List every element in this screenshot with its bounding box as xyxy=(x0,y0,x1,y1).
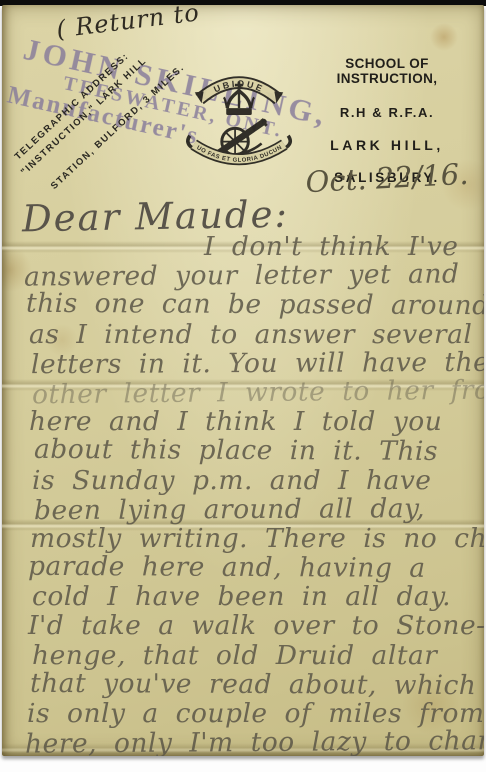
letterhead-school: SCHOOL OF INSTRUCTION, xyxy=(295,56,479,86)
letter-paper: ( Return to JOHN SKILLING, TEESWATER, ON… xyxy=(2,5,484,756)
letter-line: cold I have been in all day. xyxy=(32,582,482,611)
letter-line: henge, that old Druid altar xyxy=(32,641,482,670)
handwritten-return-note: ( Return to xyxy=(55,5,201,44)
letter-line: parade here and, having a xyxy=(28,552,482,584)
letter-line: answered your letter yet and xyxy=(24,260,482,292)
letterhead-units: R.H & R.F.A. xyxy=(295,105,479,120)
royal-artillery-crest-icon: UBIQUE QUO FAS ET GLORIA DUCUNT xyxy=(180,57,298,177)
scanned-letter: ( Return to JOHN SKILLING, TEESWATER, ON… xyxy=(0,0,486,772)
letter-line: as I intend to answer several xyxy=(29,320,482,349)
letter-line-faint: other letter I wrote to her from xyxy=(32,376,482,410)
letter-line: about this place in it. This xyxy=(34,435,482,467)
letter-line: that you've read about, which xyxy=(30,669,482,701)
letter-line: is only a couple of miles from xyxy=(27,699,482,728)
letter-line: mostly writing. There is no ch. xyxy=(30,524,482,553)
letter-line: been lying around all day, xyxy=(34,494,482,526)
letter-body: I don't think I've answered your letter … xyxy=(22,232,482,756)
letter-line: is Sunday p.m. and I have xyxy=(32,466,482,495)
letter-line: here, only I'm too lazy to change xyxy=(25,727,482,756)
letter-line: I don't think I've xyxy=(22,232,482,261)
letter-line: this one can be passed around xyxy=(26,289,482,321)
letter-line: I'd take a walk over to Stone- xyxy=(28,611,482,640)
letter-line: here and I think I told you xyxy=(29,407,482,436)
letterhead-place: LARK HILL, xyxy=(295,137,479,153)
